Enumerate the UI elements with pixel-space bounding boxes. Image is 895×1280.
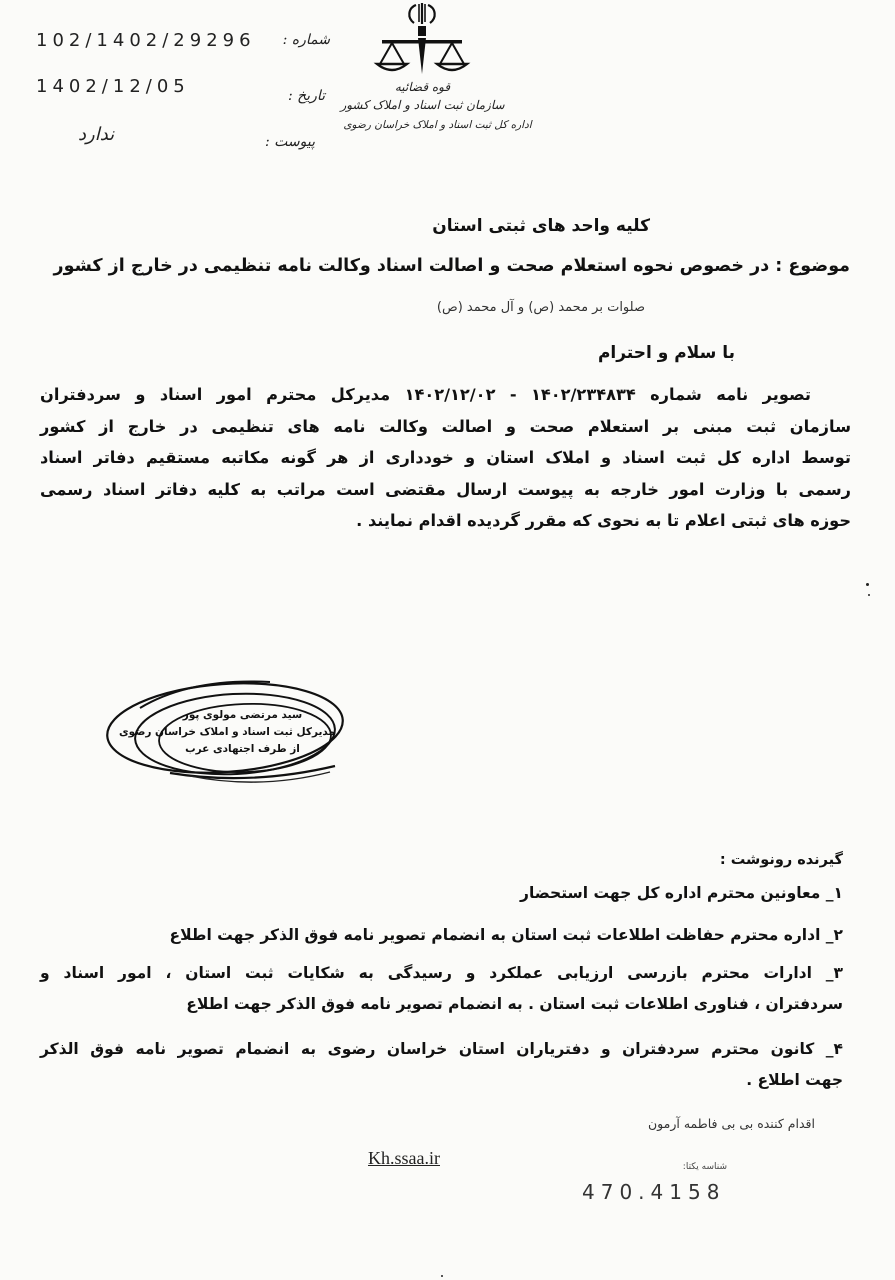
org-line-registration-org: سازمان ثبت اسناد و املاک کشور [300, 96, 545, 114]
body-line: تصویر نامه شماره ۱۴۰۲/۲۳۴۸۳۴ - ۱۴۰۲/۱۲/۰… [40, 379, 851, 411]
website-link[interactable]: Kh.ssaa.ir [368, 1148, 440, 1169]
unique-id-label: شناسه یکتا: [683, 1162, 727, 1172]
body-line: توسط اداره کل ثبت اسناد و املاک استان و … [40, 442, 851, 474]
scan-speck [866, 583, 869, 586]
body-line: سازمان ثبت مبنی بر استعلام صحت و اصالت و… [40, 411, 851, 443]
unique-id-value: 470.4158 [582, 1180, 725, 1204]
stamp-signatory-title: مدیرکل ثبت اسناد و املاک خراسان رضوی [150, 724, 335, 741]
cc-item-2: ۲_ اداره محترم حفاظت اطلاعات ثبت استان ب… [170, 926, 843, 944]
letter-body-paragraph: تصویر نامه شماره ۱۴۰۲/۲۳۴۸۳۴ - ۱۴۰۲/۱۲/۰… [40, 379, 851, 537]
greeting: با سلام و احترام [598, 343, 735, 363]
stamp-on-behalf-of: از طرف اجتهادی عرب [150, 741, 335, 758]
organization-header: قوه قضائیه سازمان ثبت اسناد و املاک کشور… [300, 78, 545, 136]
letter-date-value: 1402/12/05 [36, 76, 190, 97]
letter-number-value: 102/1402/29296 [36, 30, 256, 51]
letter-number-label: شماره : [283, 32, 330, 48]
cc-item-3-line: سردفتران ، فناوری اطلاعات ثبت استان . به… [40, 989, 843, 1020]
salavat-line: صلوات بر محمد (ص) و آل محمد (ص) [437, 300, 645, 315]
attachment-label: پیوست : [265, 134, 315, 150]
cc-item-3: ۳_ ادارات محترم بازرسی ارزیابی عملکرد و … [40, 958, 843, 1020]
action-officer: اقدام کننده بی بی فاطمه آرمون [648, 1116, 815, 1131]
body-line: رسمی با وزارت امور خارجه به پیوست ارسال … [40, 474, 851, 506]
cc-item-3-line: ۳_ ادارات محترم بازرسی ارزیابی عملکرد و … [40, 958, 843, 989]
scan-speck [441, 1275, 443, 1277]
cc-title: گیرنده رونوشت : [720, 852, 843, 868]
cc-item-1: ۱_ معاونین محترم اداره کل جهت استحضار [520, 884, 843, 902]
letter-date-label: تاریخ : [288, 88, 325, 104]
org-line-judiciary: قوه قضائیه [300, 78, 545, 96]
scan-speck [868, 594, 870, 596]
stamp-signature-text: سید مرتضی مولوی پور مدیرکل ثبت اسناد و ا… [150, 707, 335, 758]
recipient-heading: کلیه واحد های ثبتی استان [432, 216, 650, 236]
attachment-value: ندارد [78, 124, 114, 145]
cc-item-4-line: جهت اطلاع . [40, 1065, 843, 1096]
body-line: حوزه های ثبتی اعلام تا به نحوی که مقرر گ… [40, 505, 851, 537]
org-line-provincial-office: اداره کل ثبت اسناد و املاک خراسان رضوی [300, 114, 575, 136]
stamp-signatory-name: سید مرتضی مولوی پور [150, 707, 335, 724]
cc-item-4-line: ۴_ کانون محترم سردفتران و دفتریاران استا… [40, 1034, 843, 1065]
subject-line: موضوع : در خصوص نحوه استعلام صحت و اصالت… [54, 256, 850, 276]
cc-item-4: ۴_ کانون محترم سردفتران و دفتریاران استا… [40, 1034, 843, 1096]
judiciary-scales-emblem-icon [372, 2, 472, 80]
